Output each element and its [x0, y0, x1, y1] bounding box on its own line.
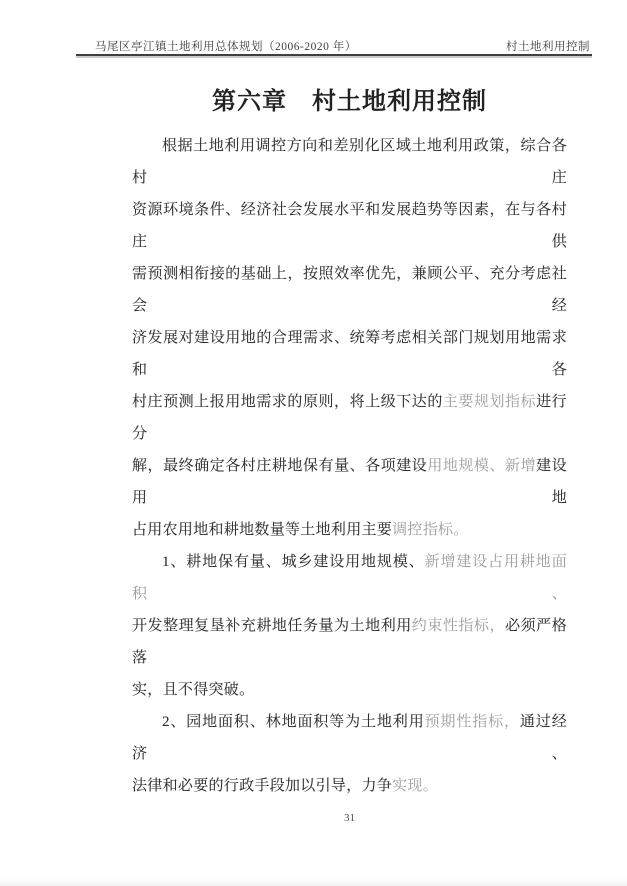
body-text-segment: 开发整理复垦补充耕地任务量为土地利用: [132, 618, 412, 634]
header-divider-rule: [76, 54, 592, 56]
body-text-segment-faded: 预期性指标，: [425, 714, 520, 730]
body-text-segment: 村庄预测上报用地需求的原则，将上级下达的: [132, 394, 443, 410]
body-line: 2、园地面积、林地面积等为土地利用预期性指标，通过经济、: [132, 706, 567, 770]
body-line: 资源环境条件、经济社会发展水平和发展趋势等因素，在与各村庄供: [132, 194, 567, 258]
body-line: 济发展对建设用地的合理需求、统筹考虑相关部门规划用地需求和各: [132, 322, 567, 386]
body-line: 解，最终确定各村庄耕地保有量、各项建设用地规模、新增建设用地: [132, 450, 567, 514]
page-header-right: 村土地利用控制: [506, 38, 590, 54]
body-text-segment: 占用农用地和耕地数量等土地利用主要: [132, 522, 392, 538]
body-text-segment: 济发展对建设用地的合理需求、统筹考虑相关部门规划用地需求和各: [132, 330, 567, 378]
body-text-segment: 法律和必要的行政手段加以引导，力争: [132, 778, 392, 794]
body-line: 占用农用地和耕地数量等土地利用主要调控指标。: [132, 514, 567, 546]
body-line: 需预测相衔接的基础上，按照效率优先，兼顾公平、充分考虑社会经: [132, 258, 567, 322]
document-page: 马尾区亭江镇土地利用总体规划（2006-2020 年） 村土地利用控制 第六章 …: [0, 0, 627, 886]
body-text-segment-faded: 用地规模、新增: [427, 458, 536, 474]
document-body: 根据土地利用调控方向和差别化区域土地利用政策，综合各村庄资源环境条件、经济社会发…: [132, 130, 567, 802]
body-text-segment-faded: 实现。: [392, 778, 438, 794]
body-line: 1、耕地保有量、城乡建设用地规模、新增建设占用耕地面积、: [132, 546, 567, 610]
body-text-segment-faded: 约束性指标，: [412, 618, 505, 634]
body-line: 开发整理复垦补充耕地任务量为土地利用约束性指标，必须严格落: [132, 610, 567, 674]
body-text-segment: 2、园地面积、林地面积等为土地利用: [162, 714, 425, 730]
page-number: 31: [132, 812, 567, 824]
body-text-segment: 实，且不得突破。: [132, 682, 254, 698]
body-line: 法律和必要的行政手段加以引导，力争实现。: [132, 770, 567, 802]
body-line: 实，且不得突破。: [132, 674, 567, 706]
body-text-segment-faded: 主要规划指标: [443, 394, 536, 410]
body-text-segment: 根据土地利用调控方向和差别化区域土地利用政策，综合各村庄: [132, 138, 567, 186]
page-header-left: 马尾区亭江镇土地利用总体规划（2006-2020 年）: [95, 38, 357, 54]
body-text-segment: 资源环境条件、经济社会发展水平和发展趋势等因素，在与各村庄供: [132, 202, 567, 250]
body-text-segment-faded: 调控指标。: [392, 522, 469, 538]
body-text-segment: 1、耕地保有量、城乡建设用地规模、: [162, 554, 425, 570]
body-line: 根据土地利用调控方向和差别化区域土地利用政策，综合各村庄: [132, 130, 567, 194]
chapter-title: 第六章 村土地利用控制: [132, 81, 567, 116]
body-text-segment: 解，最终确定各村庄耕地保有量、各项建设: [132, 458, 427, 474]
body-text-segment: 需预测相衔接的基础上，按照效率优先，兼顾公平、充分考虑社会经: [132, 266, 567, 314]
body-line: 村庄预测上报用地需求的原则，将上级下达的主要规划指标进行分: [132, 386, 567, 450]
